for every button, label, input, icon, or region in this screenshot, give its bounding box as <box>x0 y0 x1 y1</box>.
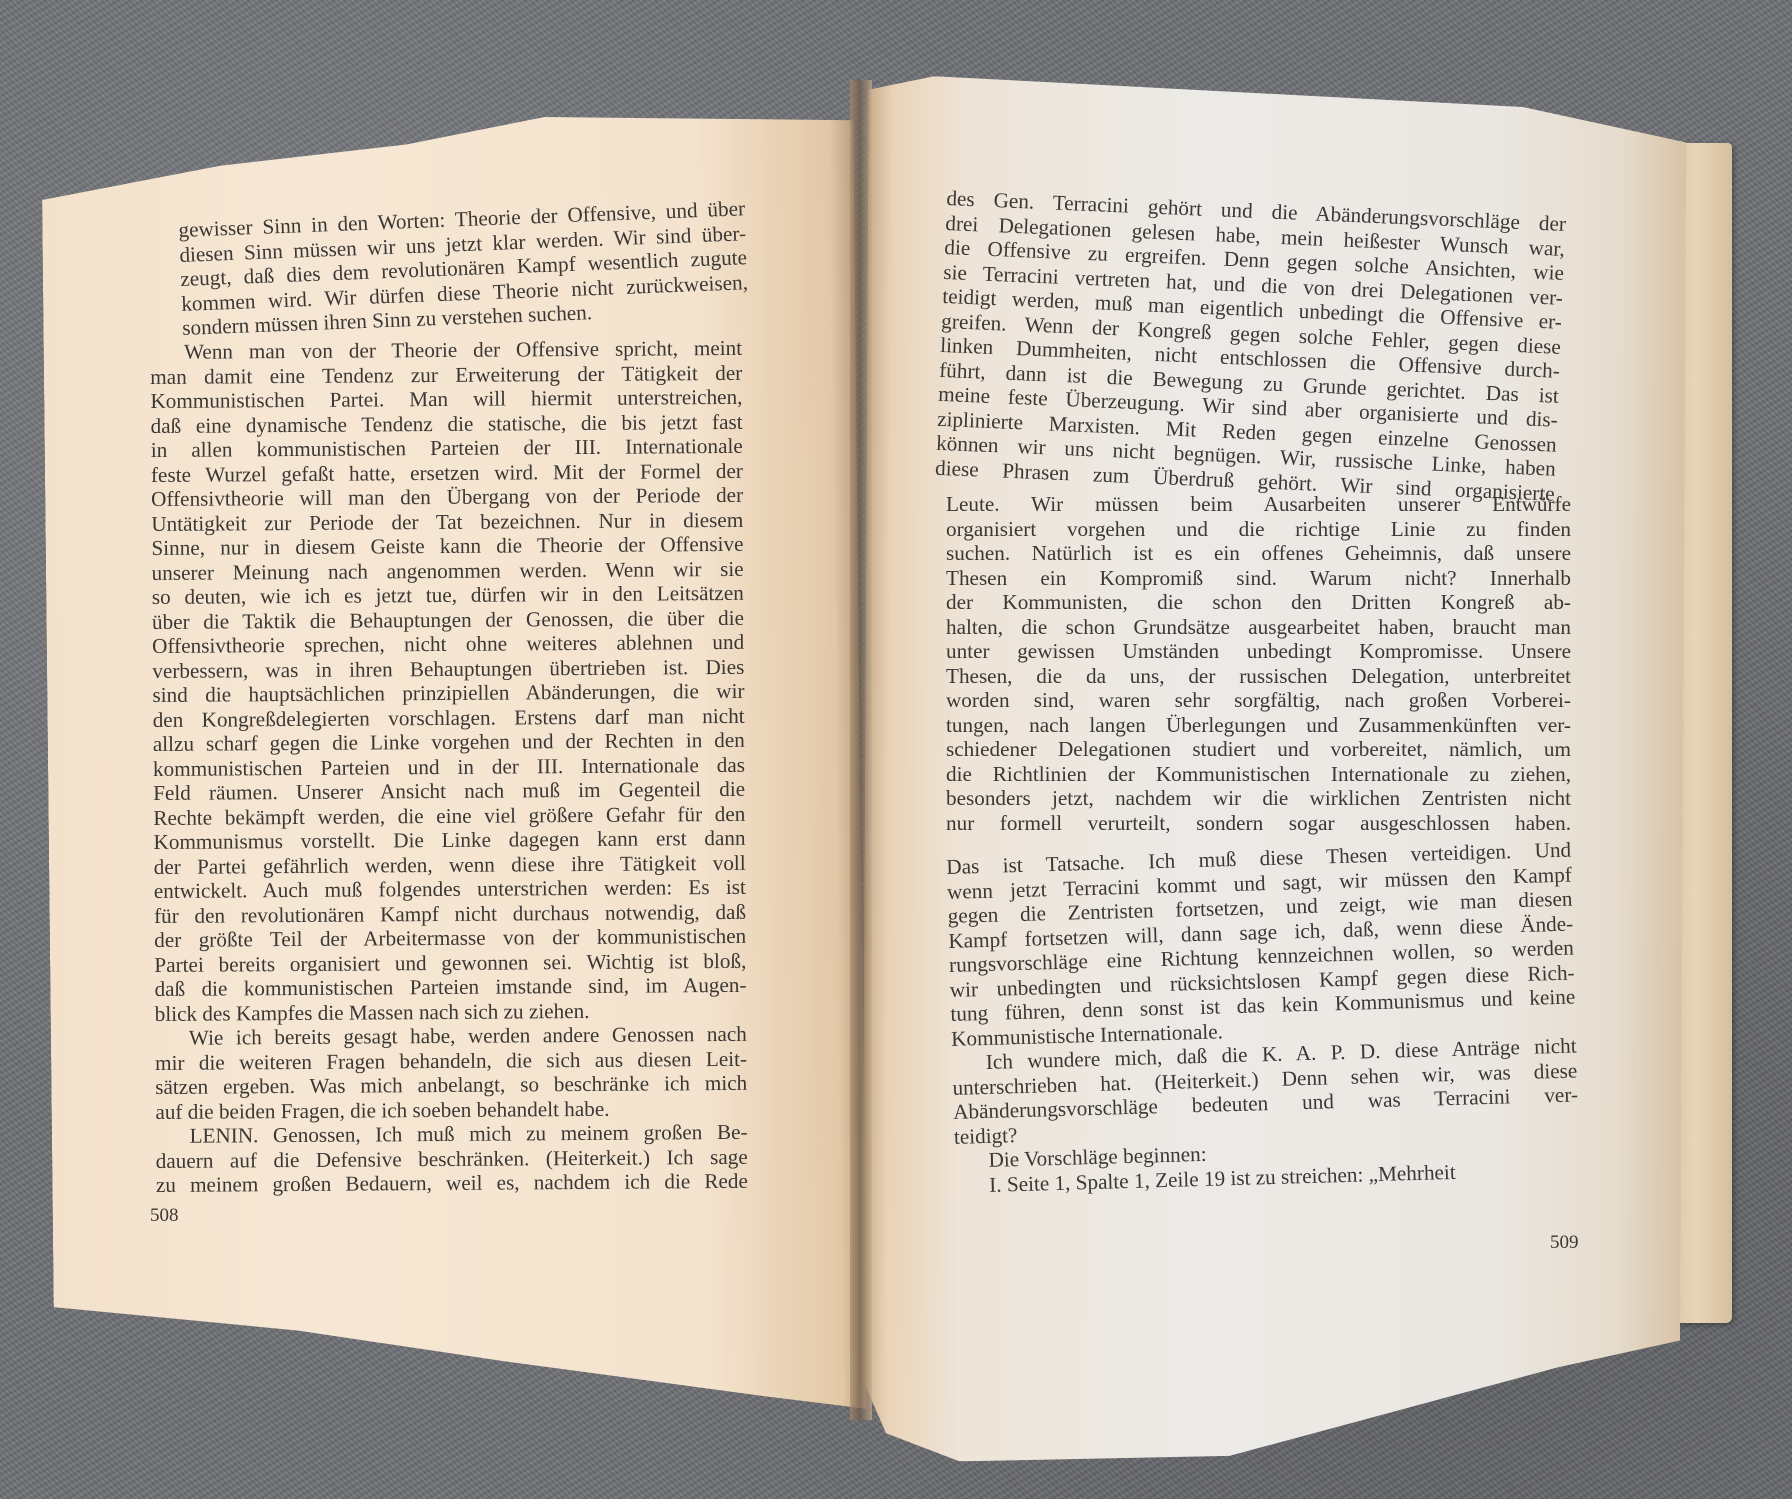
left-page-text-main: Wenn man von der Theorie der Offensive s… <box>150 336 748 1198</box>
page-number-left: 508 <box>150 1205 179 1227</box>
right-page-text-bottom: Das ist Tatsache. Ich muß diese Thesen v… <box>946 838 1580 1198</box>
right-page-text-top: des Gen. Terracini gehört und die Abände… <box>935 186 1567 506</box>
text-line: die Richtlinien der Kommunistischen Inte… <box>946 762 1571 787</box>
right-page-text-middle: Leute. Wir müssen beim Ausarbeiten unser… <box>946 492 1571 835</box>
text-line: sind die hauptsächlichen prinzipiellen A… <box>152 679 744 708</box>
text-line: Leute. Wir müssen beim Ausarbeiten unser… <box>946 492 1571 517</box>
book-gutter <box>850 80 872 1420</box>
text-line: Offensivtheorie will man den Übergang vo… <box>151 483 743 512</box>
text-line: halten, die schon Grundsätze ausgearbeit… <box>946 615 1571 640</box>
left-page-text-top: gewisser Sinn in den Worten: Theorie der… <box>178 196 749 340</box>
paragraph-start: Wenn man von der Theorie der Offensive s… <box>150 336 742 365</box>
text-line: suchen. Natürlich ist es ein offenes Geh… <box>946 541 1571 566</box>
text-line: sätzen ergeben. Was mich anbelangt, so b… <box>155 1071 747 1100</box>
text-line: organisiert vorgehen und die richtige Li… <box>946 517 1571 542</box>
text-line: daß die kommunistischen Parteien imstand… <box>154 973 746 1002</box>
text-line: Thesen, die da uns, der russischen Deleg… <box>946 664 1571 689</box>
text-line: entwickelt. Auch muß folgendes unterstri… <box>154 875 746 904</box>
text-line: in allen kommunistischen Parteien der II… <box>151 434 743 463</box>
text-line: der Kommunisten, die schon den Dritten K… <box>946 590 1571 615</box>
text-line: unter gewissen Umständen unbedingt Kompr… <box>946 639 1571 664</box>
text-line: zu meinem großen Bedauern, weil es, nach… <box>156 1169 748 1198</box>
text-line: Kommunistischen Partei. Man will hiermit… <box>150 385 742 414</box>
text-line: worden sind, waren sehr sorgfältig, nach… <box>946 688 1571 713</box>
page-number-right: 509 <box>1550 1232 1579 1254</box>
speaker-paragraph-start: LENIN. Genossen, Ich muß mich zu meinem … <box>155 1120 747 1149</box>
text-line: besonders jetzt, nachdem wir die wirklic… <box>946 786 1571 811</box>
text-line: nur formell verurteilt, sondern sogar au… <box>946 811 1571 836</box>
text-line: Feld räumen. Unserer Ansicht nach muß im… <box>153 777 745 806</box>
text-line: Sinne, nur in diesem Geiste kann die The… <box>151 532 743 561</box>
text-line: Kommunismus vorstellt. Die Linke dagegen… <box>153 826 745 855</box>
text-line: der größte Teil der Arbeitermasse von de… <box>154 924 746 953</box>
text-line: Thesen ein Kompromiß sind. Warum nicht? … <box>946 566 1571 591</box>
text-line: tungen, nach langen Überlegungen und Zus… <box>946 713 1571 738</box>
paragraph-start: Wie ich bereits gesagt habe, werden ande… <box>155 1022 747 1051</box>
text-line: allzu scharf gegen die Linke vorgehen un… <box>153 728 745 757</box>
text-line: schiedener Delegationen studiert und vor… <box>946 737 1571 762</box>
text-line: so deuten, wie ich es jetzt tue, dürfen … <box>152 581 744 610</box>
text-line: Offensivtheorie sprechen, nicht ohne wei… <box>152 630 744 659</box>
